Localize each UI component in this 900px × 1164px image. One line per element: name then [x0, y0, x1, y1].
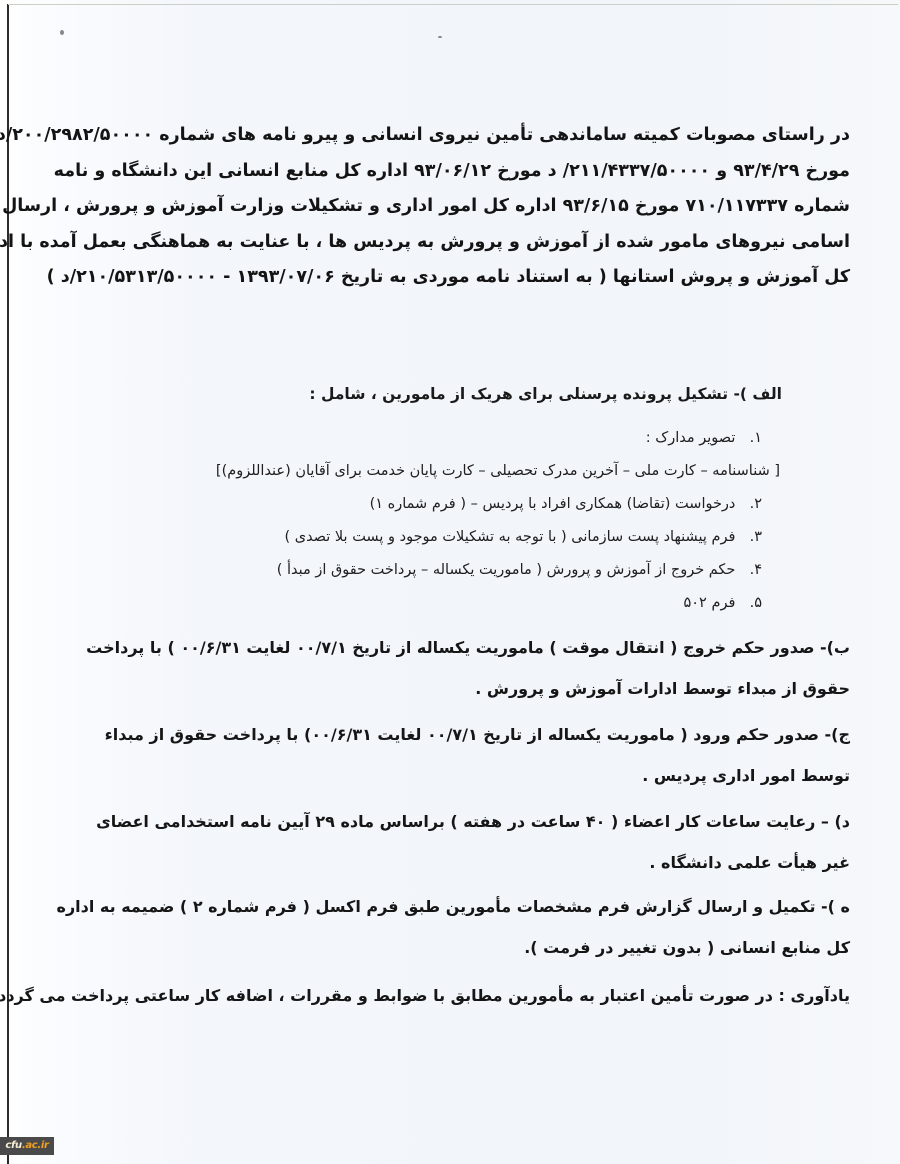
paragraph-line: غیر هیأت علمی دانشگاه .	[150, 842, 850, 883]
section-e-paragraph: ه )- تکمیل و ارسال گزارش فرم مشخصات مأمو…	[150, 886, 850, 968]
paragraph-line: ه )- تکمیل و ارسال گزارش فرم مشخصات مأمو…	[150, 886, 850, 927]
list-item: ۴. حکم خروج از آموزش و پرورش ( ماموریت ی…	[142, 554, 762, 587]
scan-top-border	[8, 4, 898, 5]
paragraph-line: ب)- صدور حکم خروج ( انتقال موقت ) ماموری…	[150, 627, 850, 668]
section-a-list: ۱. تصویر مدارک : [ شناسنامه – کارت ملی –…	[142, 422, 762, 620]
intro-line: شماره ۷۱۰/۱۱۷۳۳۷ مورخ ۹۳/۶/۱۵ اداره کل ا…	[128, 189, 850, 225]
scanned-letter-page: در راستای مصوبات کمیته ساماندهی تأمین نی…	[0, 0, 900, 1164]
intro-line: کل آموزش و پروش استانها ( به استناد نامه…	[128, 260, 850, 296]
list-item: ۱. تصویر مدارک :	[142, 422, 762, 455]
list-item-text: درخواست (تقاضا) همکاری افراد با پردیس – …	[370, 496, 736, 512]
paragraph-line: ج)- صدور حکم ورود ( ماموریت یکساله از تا…	[150, 714, 850, 755]
watermark-text-primary: cfu	[5, 1140, 22, 1151]
paragraph-line: حقوق از مبداء توسط ادارات آموزش و پرورش …	[150, 668, 850, 709]
section-a-title: الف )- تشکیل پرونده پرسنلی برای هریک از …	[309, 385, 782, 403]
intro-paragraph: در راستای مصوبات کمیته ساماندهی تأمین نی…	[128, 118, 850, 296]
intro-line: مورخ ۹۳/۴/۲۹ و ۲۱۱/۴۳۳۷/۵۰۰۰۰/ د مورخ ۹۳…	[128, 154, 850, 190]
scan-speck	[60, 30, 64, 35]
list-item-text: فرم پیشنهاد پست سازمانی ( با توجه به تشک…	[284, 529, 735, 545]
paragraph-line: د) – رعایت ساعات کار اعضاء ( ۴۰ ساعت در …	[150, 801, 850, 842]
paragraph-line: کل منابع انسانی ( بدون تغییر در فرمت ).	[150, 927, 850, 968]
list-item-text: فرم ۵۰۲	[683, 595, 735, 611]
list-item-number: ۵.	[740, 587, 762, 620]
intro-line: اسامی نیروهای مامور شده از آموزش و پرورش…	[128, 225, 850, 261]
list-item-number: ۳.	[740, 521, 762, 554]
scan-speck	[438, 36, 442, 38]
section-c-paragraph: ج)- صدور حکم ورود ( ماموریت یکساله از تا…	[150, 714, 850, 796]
list-item-text: تصویر مدارک :	[646, 430, 736, 446]
list-item-number: ۲.	[740, 488, 762, 521]
list-item-text: [ شناسنامه – کارت ملی – آخرین مدرک تحصیل…	[216, 463, 780, 479]
site-watermark: cfu.ac.ir	[0, 1137, 54, 1155]
list-item-number: ۴.	[740, 554, 762, 587]
list-item: ۲. درخواست (تقاضا) همکاری افراد با پردیس…	[142, 488, 762, 521]
list-item-documents: [ شناسنامه – کارت ملی – آخرین مدرک تحصیل…	[142, 455, 782, 488]
list-item-text: حکم خروج از آموزش و پرورش ( ماموریت یکسا…	[277, 562, 736, 578]
list-item: ۳. فرم پیشنهاد پست سازمانی ( با توجه به …	[142, 521, 762, 554]
intro-line: در راستای مصوبات کمیته ساماندهی تأمین نی…	[128, 118, 850, 154]
watermark-text-accent: .ac.ir	[22, 1140, 49, 1151]
reminder-note: یادآوری : در صورت تأمین اعتبار به مأموری…	[150, 976, 850, 1016]
paragraph-line: توسط امور اداری پردیس .	[150, 755, 850, 796]
section-b-paragraph: ب)- صدور حکم خروج ( انتقال موقت ) ماموری…	[150, 627, 850, 709]
list-item-number: ۱.	[740, 422, 762, 455]
section-d-paragraph: د) – رعایت ساعات کار اعضاء ( ۴۰ ساعت در …	[150, 801, 850, 883]
list-item: ۵. فرم ۵۰۲	[142, 587, 762, 620]
